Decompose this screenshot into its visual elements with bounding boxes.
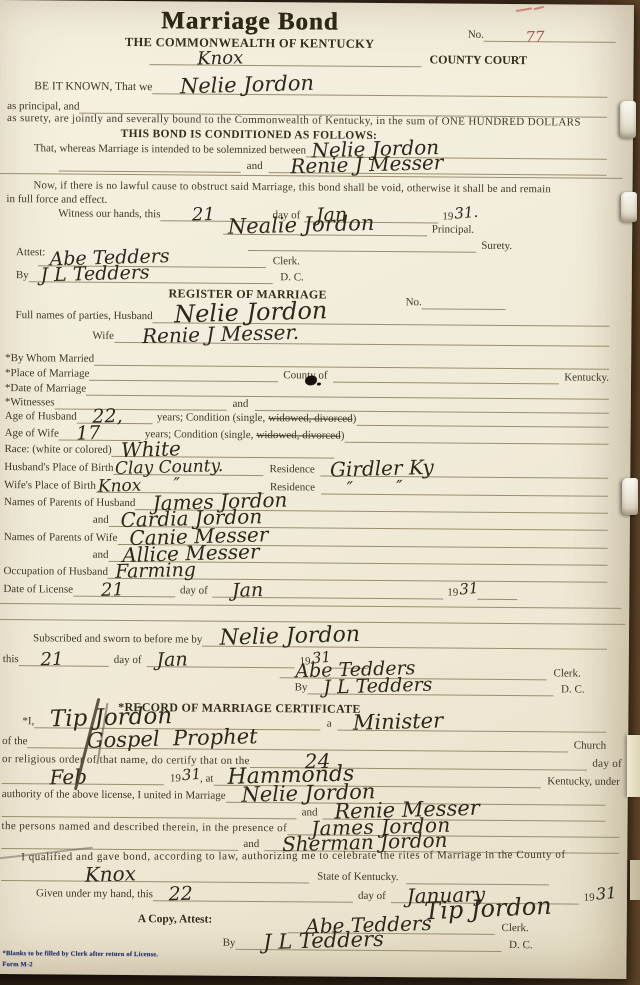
register-wife-row: Wife Renie J Messer. [92,329,609,347]
county-court-row: Knox COUNTY COURT [149,51,541,68]
certificate-county-handwriting: Knox [85,863,137,884]
attest-deputy-signature: J L Tedders [40,263,150,285]
county-court-label: COUNTY COURT [429,54,527,69]
bond-and-row: and Renie J Messer [59,157,607,175]
marriage-bond-form: Marriage Bond No. 77 THE COMMONWEALTH OF… [0,0,634,979]
parents-husband-row: Names of Parents of Husband James Jordon [4,495,608,514]
footer-form-number: Form M-2 [2,961,32,968]
ink-speck [317,383,321,386]
underlying-page-edge [627,735,640,797]
age-wife-handwriting: 17 [76,424,101,444]
county-blank: Knox [149,51,421,67]
bride-handwriting: Renie J Messer [290,152,443,176]
be-it-known-row: BE IT KNOWN, That we Nelie Jordon [34,79,607,97]
race-row: Race: (white or colored) White [4,442,334,459]
certificate-deputy-signature: J L Tedders [263,929,384,953]
page-clip [620,101,636,138]
register-wife-handwriting: Renie J Messer. [141,322,299,346]
given-day-handwriting: 22 [168,885,193,905]
husband-residence-handwriting: Girdler Ky [330,457,434,480]
scan-background: { "colors": { "paper": "#f1ecda", "print… [0,0,640,985]
sworn-row: Subscribed and sworn to before me by Nel… [33,631,607,650]
red-scribble [516,7,532,12]
church-handwriting: Gospel Prophet [87,726,258,752]
given-year-handwriting: 31 [595,885,617,903]
license-year-handwriting: 31 [459,581,479,597]
witness-day-handwriting: 21 [192,206,215,225]
occupation-row: Occupation of Husband Farming [3,564,607,583]
principal-signature-row: Nealie Jordon Principal. [223,221,474,237]
struck-condition: widowed, divorced [268,412,352,425]
county-handwriting: Knox [197,49,244,68]
sworn-month-handwriting: Jan [156,650,188,670]
surety-signature-row: Surety. [248,237,512,253]
page-clip [622,478,638,515]
ceremony-year-handwriting: 31 [181,767,201,783]
certificate-by-row: By J L Tedders D. C. [223,936,533,952]
license-day-handwriting: 21 [100,581,123,600]
attest-by-row: By J L Tedders D. C. [16,268,304,284]
minister-signature-handwriting: Tip Jordon [424,894,552,924]
page-clip [621,192,637,222]
underlying-page-edge [630,860,640,900]
license-month-handwriting: Jan [232,581,264,601]
commonwealth-heading: THE COMMONWEALTH OF KENTUCKY [0,34,500,52]
license-date-row: Date of License 21 day of Jan 19 31 [3,581,517,600]
title-text: Marriage Bond [161,7,339,37]
footer-note: *Blanks to be filled by Clerk after retu… [2,950,158,958]
wife-residence-handwriting: ″ ″ [347,479,403,498]
occupation-handwriting: Farming [115,561,196,582]
struck-condition: widowed, divorced [256,429,340,442]
sworn-name-handwriting: Nelie Jordon [220,624,361,650]
principal-name-handwriting: Nelie Jordon [180,73,315,98]
register-number-row: No. [406,295,506,310]
principal-name-blank: Nelie Jordon [152,80,607,98]
no-value: 77 [525,30,544,46]
sworn-deputy-signature: J L Tedders [323,676,433,698]
red-scribble [534,6,544,10]
husband-birth-row: Husband's Place of Birth Clay County. Re… [4,460,608,479]
wife-birth-row: Wife's Place of Birth Knox ″ Residence ″… [4,478,608,497]
copy-attest-row: A Copy, Attest: [138,913,213,927]
bride-blank: Renie J Messer [269,159,607,176]
parents-wife-row: Names of Parents of Wife Canie Messer [4,530,608,549]
witness-year-handwriting: 31. [454,205,479,222]
rule-line [0,603,621,609]
minister-title-handwriting: Minister [353,710,444,733]
no-blank: 77 [484,28,616,43]
void-clause-row1: Now, if there is no lawful cause to obst… [33,179,624,196]
void-clause-row2: in full force and effect. [6,193,107,206]
sworn-by-row: By J L Tedders D. C. [295,680,585,696]
register-husband-row: Full names of parties, Husband Nelie Jor… [15,308,609,327]
sworn-day-handwriting: 21 [40,651,63,670]
principal-signature-handwriting: Nealie Jordon [228,213,375,238]
